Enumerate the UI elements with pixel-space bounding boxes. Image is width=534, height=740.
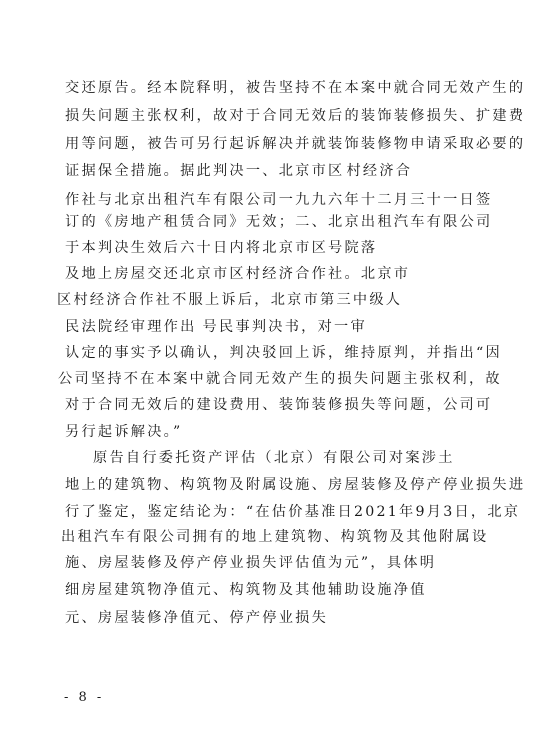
text: 于本判决生效后六十日内将北京市: [65, 240, 312, 256]
text-line: 证据保全措施。据此判决一、北京市区村经济合: [65, 161, 477, 181]
text: 村经济合: [346, 163, 412, 179]
text: 元”，具体明: [344, 555, 436, 571]
text: 证据保全措施。据此判决一、北京市: [65, 163, 328, 179]
text-line: 区村经济合作社不服上诉后，北京市第三中级人: [57, 290, 469, 310]
text: 作社与北京: [65, 192, 147, 208]
text-line: 细房屋建筑物净值元、构筑物及其他辅助设施净值: [65, 580, 477, 600]
text: 号院落: [328, 240, 377, 256]
text: 出租汽车有限公司: [361, 214, 493, 230]
text: 另行起诉解决。”: [65, 424, 182, 440]
text-line: 作社与北京出租汽车有限公司一九九六年十二月三十一日签: [65, 190, 477, 210]
text: 元、构筑物及其他辅助设施净值: [197, 582, 427, 598]
text: 损失问题主张权利，故对于合同无效后的装饰装修损失、扩建费: [65, 108, 525, 124]
text: 出租汽车有限公司一九九六年十二月三十一日签: [147, 192, 492, 208]
text: 订的《房地产租赁合同》无效；二、北京: [65, 214, 361, 230]
text: 区: [229, 266, 245, 282]
text-line: 另行起诉解决。”: [65, 422, 477, 442]
text: 用等问题，被告可另行起诉解决并就装饰装修物申请采取必要的: [65, 136, 525, 152]
text: 施、房屋装修及停产停业损失评估值为: [65, 555, 344, 571]
text-line: 行了鉴定，鉴定结论为：“在估价基准日2021年9月3日，北京: [65, 502, 477, 522]
text: 行了鉴定，鉴定结论为：“在估价基准日2021年9月3日，北京: [65, 504, 520, 520]
text: 元、停产停业损失: [197, 610, 329, 626]
text-line: 损失问题主张权利，故对于合同无效后的装饰装修损失、扩建费: [65, 106, 477, 126]
text-line: 施、房屋装修及停产停业损失评估值为元”，具体明: [65, 553, 477, 573]
text: 号民事判决书，对一审: [203, 319, 367, 335]
text: 区: [57, 292, 73, 308]
text: 细房屋建筑物净值: [65, 582, 197, 598]
text-line: 交还原告。经本院释明，被告坚持不在本案中就合同无效产生的: [65, 78, 477, 98]
page-number: - 8 -: [64, 690, 104, 705]
text: 对于合同无效后的建设费用、装饰装修损失等问题，: [65, 397, 443, 413]
text: 及地上房屋交还北京市: [65, 266, 229, 282]
text-line: 元、房屋装修净值元、停产停业损失: [59, 608, 471, 628]
text: 区: [328, 163, 344, 179]
text-line: 认定的事实予以确认，判决驳回上诉，维持原判，并指出“因: [65, 343, 477, 363]
text: 村经济合作社。北京市: [246, 266, 410, 282]
text: 资产评估（北京）有限公司对案涉土: [192, 450, 455, 466]
text-line: 公司坚持不在本案中就合同无效产生的损失问题主张权利，故: [58, 369, 470, 389]
text-line: 于本判决生效后六十日内将北京市区号院落: [65, 238, 477, 258]
text: 地上的建筑物、构筑物及附属设施、房屋装修及停产停业损失进: [65, 477, 525, 493]
text-line: 地上的建筑物、构筑物及附属设施、房屋装修及停产停业损失进: [65, 475, 477, 495]
text-line: 对于合同无效后的建设费用、装饰装修损失等问题，公司可: [65, 395, 477, 415]
text: 公司可: [443, 397, 492, 413]
text-line: 订的《房地产租赁合同》无效；二、北京出租汽车有限公司: [65, 212, 477, 232]
document-page: 交还原告。经本院释明，被告坚持不在本案中就合同无效产生的 损失问题主张权利，故对…: [0, 0, 534, 740]
text-line: 民法院经审理作出号民事判决书，对一审: [65, 317, 477, 337]
text-line: 原告自行委托资产评估（北京）有限公司对案涉土: [93, 448, 477, 468]
text: 认定的事实予以确认，判决驳回上诉，维持原判，并指出“因: [65, 345, 502, 361]
text-line: 用等问题，被告可另行起诉解决并就装饰装修物申请采取必要的: [65, 134, 477, 154]
text: 原告自行委托: [93, 450, 192, 466]
text: 交还原告。经本院释明，被告坚持不在本案中就合同无效产生的: [65, 80, 525, 96]
text-line: 出租汽车有限公司拥有的地上建筑物、构筑物及其他附属设: [61, 527, 473, 547]
text-line: 及地上房屋交还北京市区村经济合作社。北京市: [65, 264, 477, 284]
text: 公司坚持不在本案中就合同无效产生的损失问题主张权利，故: [58, 371, 502, 387]
text: 出租汽车有限公司拥有的地上建筑物、构筑物及其他附属设: [61, 529, 488, 545]
text: 区: [312, 240, 328, 256]
text: 村经济合作社不服上诉后，北京市第三中级人: [73, 292, 402, 308]
text: 元、房屋装修净值: [65, 610, 197, 626]
text: 民法院经审理作出: [65, 319, 197, 335]
